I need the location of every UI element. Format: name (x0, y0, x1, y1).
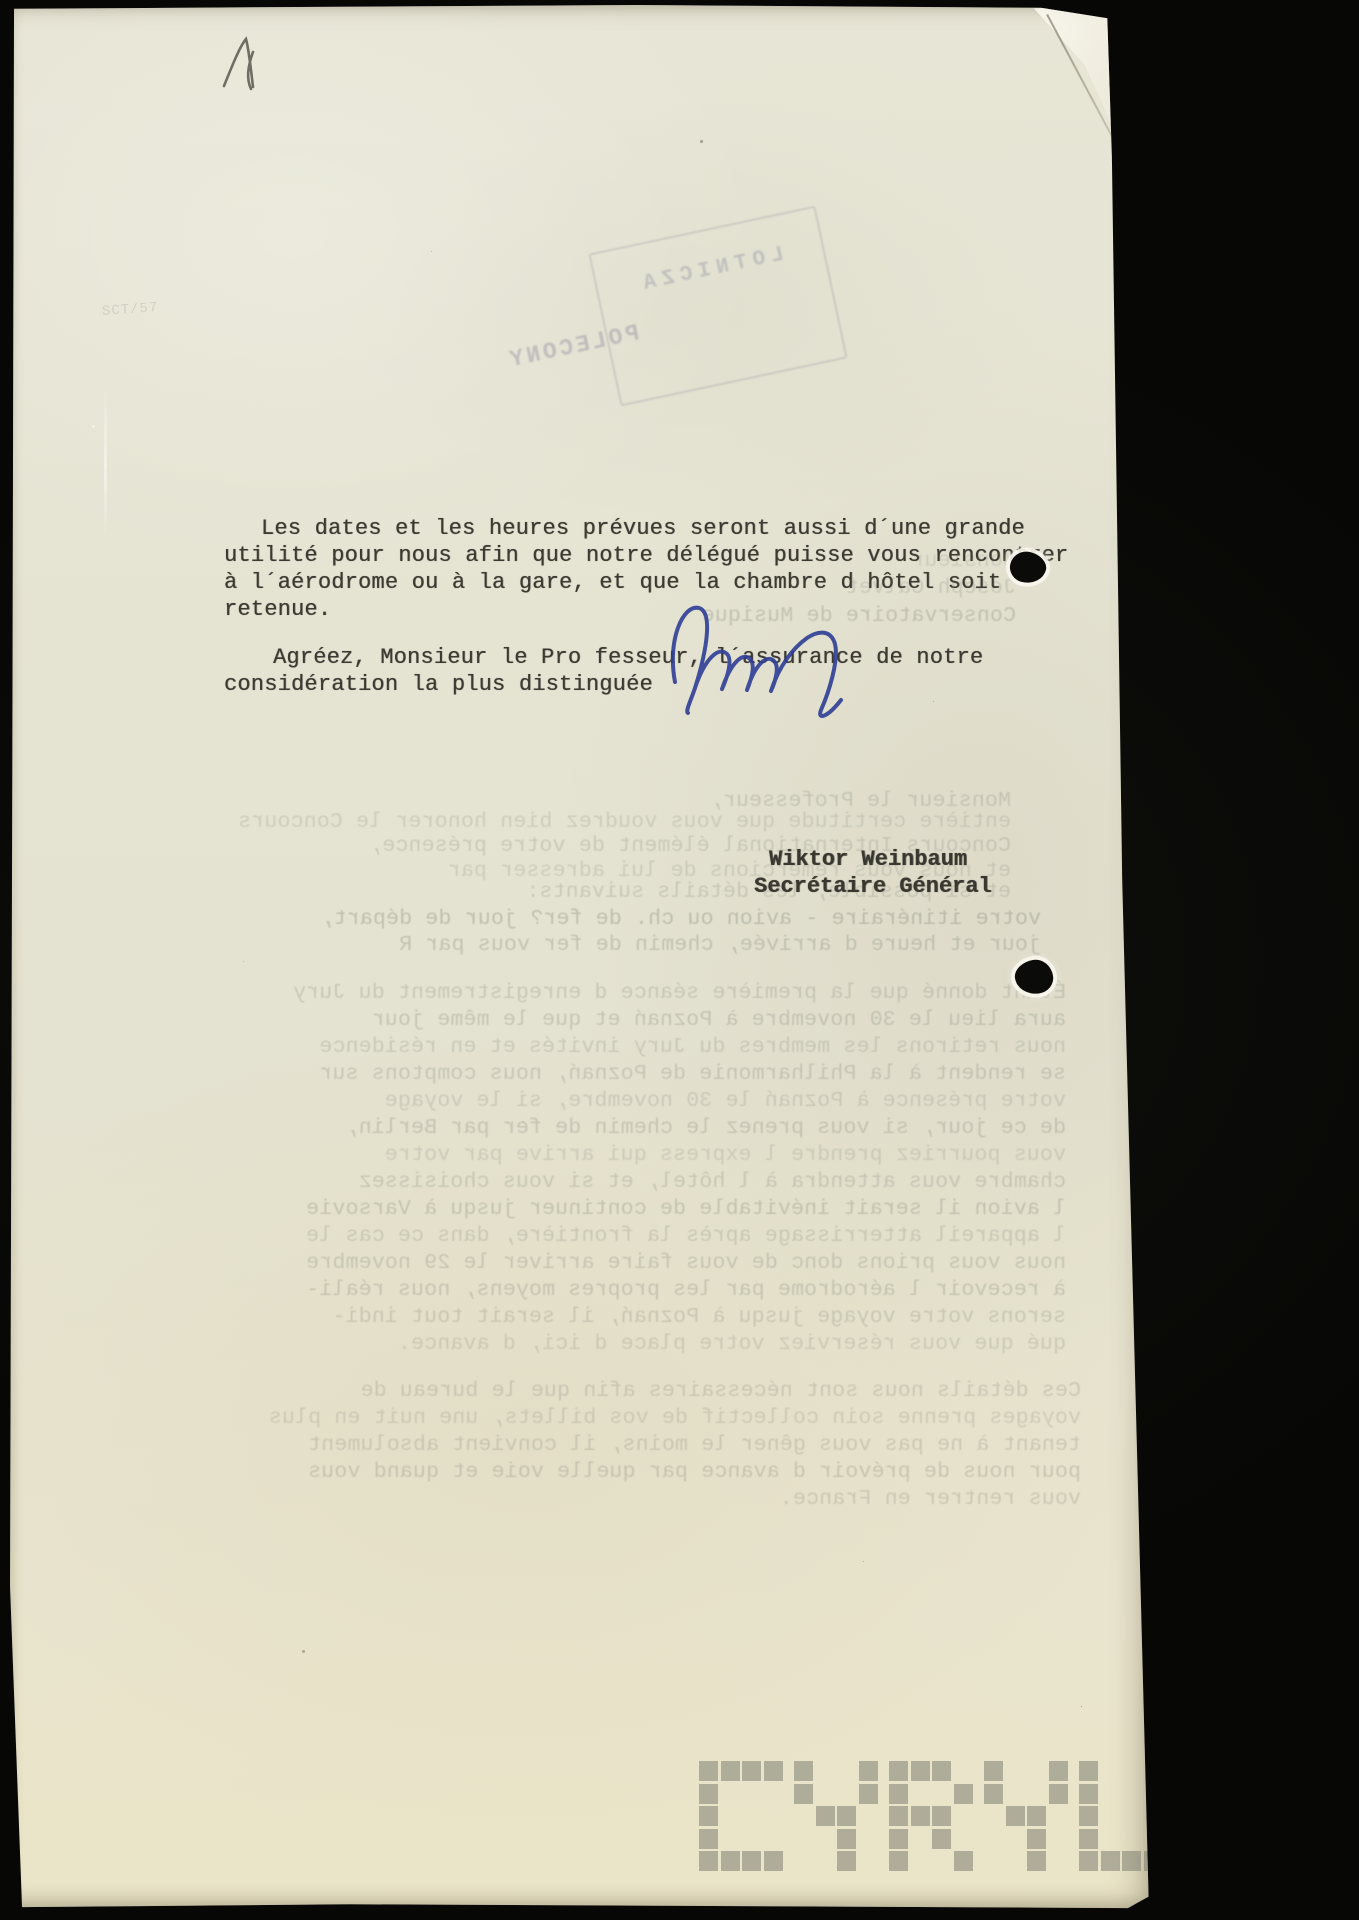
watermark-pixel (889, 1829, 908, 1849)
watermark-pixel (794, 1784, 813, 1804)
watermark-pixel (932, 1806, 951, 1826)
watermark-pixel (1079, 1806, 1098, 1826)
watermark-pixel (954, 1784, 973, 1804)
watermark-pixel (699, 1784, 718, 1804)
bleedthrough-line: Monsieur (664, 549, 1016, 573)
bleedthrough-line: votre itinéraire - avion ou ch. de fer? … (56, 907, 1041, 931)
watermark-pixel (764, 1761, 783, 1781)
watermark-pixel (954, 1851, 973, 1871)
watermark-pixel (699, 1829, 718, 1849)
watermark-pixel (1101, 1851, 1120, 1871)
watermark-pixel (699, 1851, 718, 1871)
bleedthrough-line: nous retirons les membres du Jury invité… (51, 1035, 1066, 1059)
typed-line: Les dates et les heures prévues seront a… (261, 516, 1025, 542)
watermark-pixel (1144, 1851, 1163, 1871)
watermark-pixel (859, 1761, 878, 1781)
watermark-pixel (1027, 1806, 1046, 1826)
watermark-pixel (1006, 1806, 1025, 1826)
bleedthrough-line: votre présence à Poznań le 30 novembre, … (51, 1089, 1066, 1113)
watermark-pixel (1049, 1761, 1068, 1781)
watermark-pixel (837, 1851, 856, 1871)
watermark-pixel (742, 1851, 761, 1871)
letter-page: SCT/57 LOTNICZA POLECONY Les dates et le… (6, 4, 1152, 1910)
bleedthrough-line: l appareil atterrissage après la frontiè… (51, 1224, 1066, 1248)
watermark-pixel (837, 1829, 856, 1849)
watermark-pixel (1027, 1829, 1046, 1849)
bleedthrough-line: chambre vous attendra à l hôtel, et si v… (51, 1170, 1066, 1194)
watermark-pixel (889, 1806, 908, 1826)
watermark-pixel (932, 1761, 951, 1781)
bleedthrough-line: vous pourriez prendre l express qui arri… (51, 1143, 1066, 1167)
watermark-pixel (1049, 1784, 1068, 1804)
watermark-pixel (721, 1761, 740, 1781)
watermark-pixel (984, 1761, 1003, 1781)
bleedthrough-line: nous vous prions donc de vous faire arri… (51, 1251, 1066, 1275)
scan-background: SCT/57 LOTNICZA POLECONY Les dates et le… (0, 0, 1359, 1920)
bleedthrough-line: Ces détails nous sont nécessaires afin q… (54, 1379, 1081, 1403)
watermark-pixel (721, 1851, 740, 1871)
watermark-pixel (1079, 1784, 1098, 1804)
bleedthrough-line: Étant donné que la première séance d enr… (51, 981, 1066, 1005)
signature-ink (661, 596, 911, 731)
watermark-pixel (889, 1851, 908, 1871)
watermark-pixel (932, 1829, 951, 1849)
bleedthrough-line: tenant à ne pas vous gêner le moins, il … (54, 1433, 1081, 1457)
watermark-pixel (1079, 1851, 1098, 1871)
watermark-pixel (794, 1761, 813, 1781)
stamp-word: LOTNICZA (635, 244, 785, 297)
bleedthrough-line: se rendent à la Philharmonie de Poznań, … (51, 1062, 1066, 1086)
watermark-pixel (889, 1784, 908, 1804)
watermark-pixel (837, 1806, 856, 1826)
stamp-box: LOTNICZA (588, 206, 847, 407)
pencil-mark-a (218, 32, 266, 90)
bleedthrough-line: à recevoir l aérodrome par les propres m… (51, 1278, 1066, 1302)
watermark-pixel (1027, 1851, 1046, 1871)
watermark-pixel (859, 1784, 878, 1804)
vertical-crease (104, 384, 107, 544)
watermark-pixel (699, 1806, 718, 1826)
bleedthrough-line: pour nous de prévoir d avance par quelle… (54, 1460, 1081, 1484)
watermark-pixel (1122, 1851, 1141, 1871)
typed-line: considération la plus distinguée (224, 672, 653, 698)
watermark-pixel (911, 1761, 930, 1781)
paper-specks (6, 4, 9, 7)
watermark-pixel (764, 1851, 783, 1871)
watermark-pixel (699, 1761, 718, 1781)
faint-reference-number: SCT/57 (102, 300, 159, 320)
watermark-pixel (1079, 1829, 1098, 1849)
bleedthrough-line: aura lieu le 30 novembre à Poznań et que… (51, 1008, 1066, 1032)
bleedthrough-line: l avion il serait inévitable de continue… (51, 1197, 1066, 1221)
typed-line: retenue. (224, 597, 331, 623)
bleedthrough-line: qué que vous réserviez votre place d ici… (51, 1332, 1066, 1356)
bleedthrough-line: de ce jour, si vous prenez le chemin de … (51, 1116, 1066, 1140)
watermark-pixel (816, 1806, 835, 1826)
watermark-pixel (911, 1806, 930, 1826)
bleedthrough-line: entière certitude que vous voudrez bien … (61, 810, 1011, 834)
watermark-pixel (742, 1761, 761, 1781)
bleedthrough-line: serons votre voyage jusqu à Poznań, il s… (51, 1305, 1066, 1329)
watermark-pixel (889, 1761, 908, 1781)
signer-name: Wiktor Weinbaum (769, 847, 967, 872)
signer-title: Secrétaire Général (754, 874, 992, 899)
bleedthrough-line: jour et heure d arrivée, chemin de fer v… (56, 933, 1041, 957)
watermark-pixel (984, 1784, 1003, 1804)
bleedthrough-line: vous rentrer en France. (54, 1487, 1081, 1511)
watermark-pixel (1079, 1761, 1098, 1781)
bleedthrough-line: voyages prenne soin collectif de vos bil… (54, 1406, 1081, 1430)
